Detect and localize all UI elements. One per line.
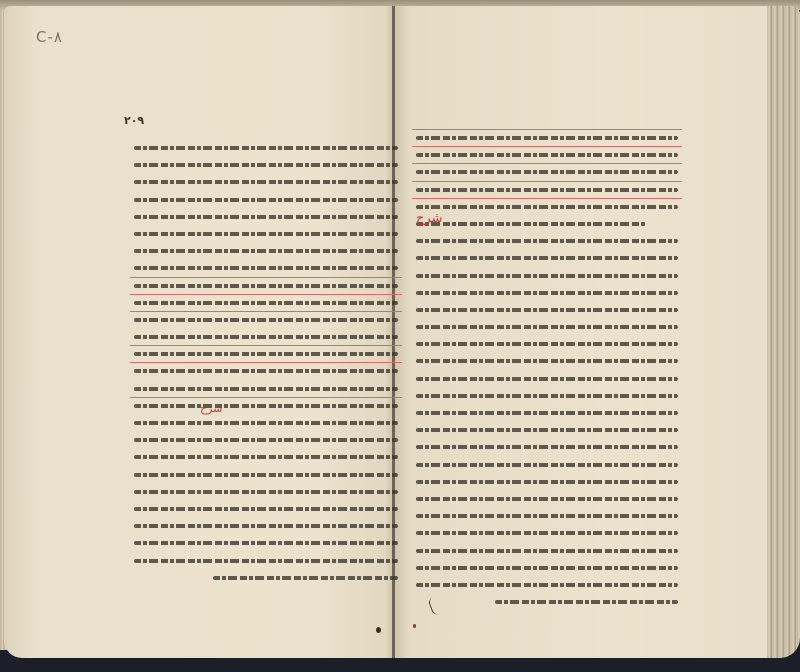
red-rule [130,277,402,278]
red-rule [412,181,682,182]
shelfmark: C-٨ [36,28,62,46]
text-line [134,363,398,380]
text-line [416,164,678,181]
text-line [416,302,678,319]
left-text-block [134,140,398,587]
text-line [416,474,678,491]
text-line [134,260,398,277]
text-line [134,484,398,501]
text-line [416,268,678,285]
text-line [134,432,398,449]
text-line [134,553,398,570]
open-manuscript: C-٨ ٢٠٩ شرح شرح [0,0,800,672]
red-rule [412,146,682,147]
text-line [416,594,678,611]
text-line [134,415,398,432]
ink-stain [376,627,381,633]
text-line [416,457,678,474]
text-line [416,525,678,542]
text-line [134,174,398,191]
ink-stain [413,624,416,628]
red-rule [412,163,682,164]
text-line [134,140,398,157]
text-line [134,226,398,243]
text-line [134,535,398,552]
text-line [134,329,398,346]
text-line [416,216,678,233]
text-line [416,250,678,267]
red-rule [412,198,682,199]
text-line [416,491,678,508]
text-line [416,233,678,250]
right-page-edges [767,6,800,658]
text-line [134,398,398,415]
text-line [134,467,398,484]
text-line [416,182,678,199]
red-rule [412,129,682,130]
red-rule [130,362,402,363]
right-text-block [416,130,678,611]
text-line [416,577,678,594]
text-line [416,508,678,525]
text-line [416,353,678,370]
red-rule [130,345,402,346]
text-line [416,147,678,164]
text-line [416,319,678,336]
text-line [134,192,398,209]
text-line [134,209,398,226]
text-line [134,449,398,466]
rubric-heading: شرح [416,211,442,226]
text-line [416,336,678,353]
text-line [134,518,398,535]
text-line [416,199,678,216]
rubric-word: شرح [200,402,222,415]
text-line [416,543,678,560]
text-line [134,346,398,363]
text-line [134,501,398,518]
text-line [416,422,678,439]
text-line [134,278,398,295]
text-line [416,405,678,422]
text-line [134,295,398,312]
page-number: ٢٠٩ [124,114,144,127]
text-line [416,560,678,577]
red-rule [130,397,402,398]
text-line [416,439,678,456]
text-line [416,388,678,405]
text-line [134,157,398,174]
text-line [416,371,678,388]
text-line [134,381,398,398]
text-line [416,285,678,302]
text-line [134,243,398,260]
red-rule [130,294,402,295]
text-line [416,130,678,147]
text-line [134,312,398,329]
red-rule [130,311,402,312]
text-line [134,570,398,587]
